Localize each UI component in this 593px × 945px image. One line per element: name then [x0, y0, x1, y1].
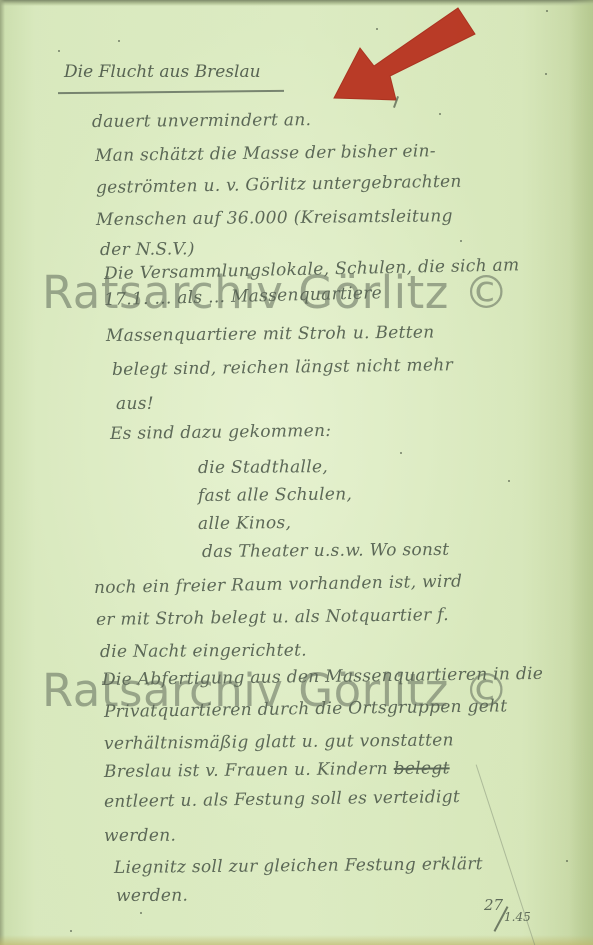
- text-line: Es sind dazu gekommen:: [110, 421, 332, 444]
- text-line: das Theater u.s.w. Wo sonst: [202, 540, 450, 562]
- text-line: werden.: [116, 886, 188, 906]
- text-line: die Stadthalle,: [198, 457, 328, 478]
- dust-speck: [439, 113, 441, 115]
- dust-speck: [508, 480, 510, 482]
- scan-top-edge: [0, 0, 593, 6]
- red-arrow-icon: [330, 4, 480, 104]
- text-line: Liegnitz soll zur gleichen Festung erklä…: [114, 854, 483, 878]
- text-line: verhältnismäßig glatt u. gut vonstatten: [104, 730, 454, 754]
- text-line: Massenquartiere mit Stroh u. Betten: [106, 323, 435, 346]
- page-number: 27 1.45: [484, 896, 503, 914]
- text-line: Man schätzt die Masse der bisher ein-: [95, 141, 436, 166]
- document-page: Die Flucht aus Breslau dauert unverminde…: [0, 0, 593, 945]
- text-line: geströmten u. v. Görlitz untergebrachten: [96, 172, 462, 198]
- text-line: der N.S.V.): [100, 239, 195, 260]
- text-line: entleert u. als Festung soll es verteidi…: [104, 787, 460, 812]
- dust-speck: [140, 912, 142, 914]
- page-date: 1.45: [504, 910, 531, 924]
- text-line: Breslau ist v. Frauen u. Kindern belegt: [104, 758, 450, 782]
- heading-underline: [58, 90, 284, 94]
- dust-speck: [546, 10, 548, 12]
- watermark: Ratsarchiv Görlitz ©: [42, 664, 509, 717]
- text-line: er mit Stroh belegt u. als Notquartier f…: [96, 605, 449, 630]
- text-line: belegt sind, reichen längst nicht mehr: [112, 355, 453, 380]
- watermark: Ratsarchiv Görlitz ©: [42, 266, 509, 319]
- dust-speck: [400, 452, 402, 454]
- text-line: dauert unvermindert an.: [92, 110, 311, 132]
- text-line: fast alle Schulen,: [198, 484, 352, 506]
- dust-speck: [566, 860, 568, 862]
- dust-speck: [70, 930, 72, 932]
- dust-speck: [58, 50, 60, 52]
- scan-right-edge: [569, 0, 593, 945]
- text-line: die Nacht eingerichtet.: [100, 641, 307, 662]
- dust-speck: [376, 28, 378, 30]
- struck-word: belegt: [394, 758, 450, 779]
- scan-left-edge: [0, 0, 5, 945]
- dust-speck: [545, 73, 547, 75]
- page-number-value: 27: [484, 896, 503, 914]
- text-line: alle Kinos,: [198, 513, 291, 534]
- text-line: Menschen auf 36.000 (Kreisamtsleitung: [96, 206, 453, 230]
- text-line: werden.: [104, 826, 176, 846]
- document-heading: Die Flucht aus Breslau: [64, 62, 261, 82]
- text-fragment: Breslau ist v. Frauen u. Kindern: [104, 759, 388, 782]
- scan-bottom-edge: [0, 935, 593, 945]
- dust-speck: [118, 40, 120, 42]
- text-line: aus!: [116, 394, 154, 414]
- dust-speck: [460, 240, 462, 242]
- text-line: noch ein freier Raum vorhanden ist, wird: [94, 572, 463, 598]
